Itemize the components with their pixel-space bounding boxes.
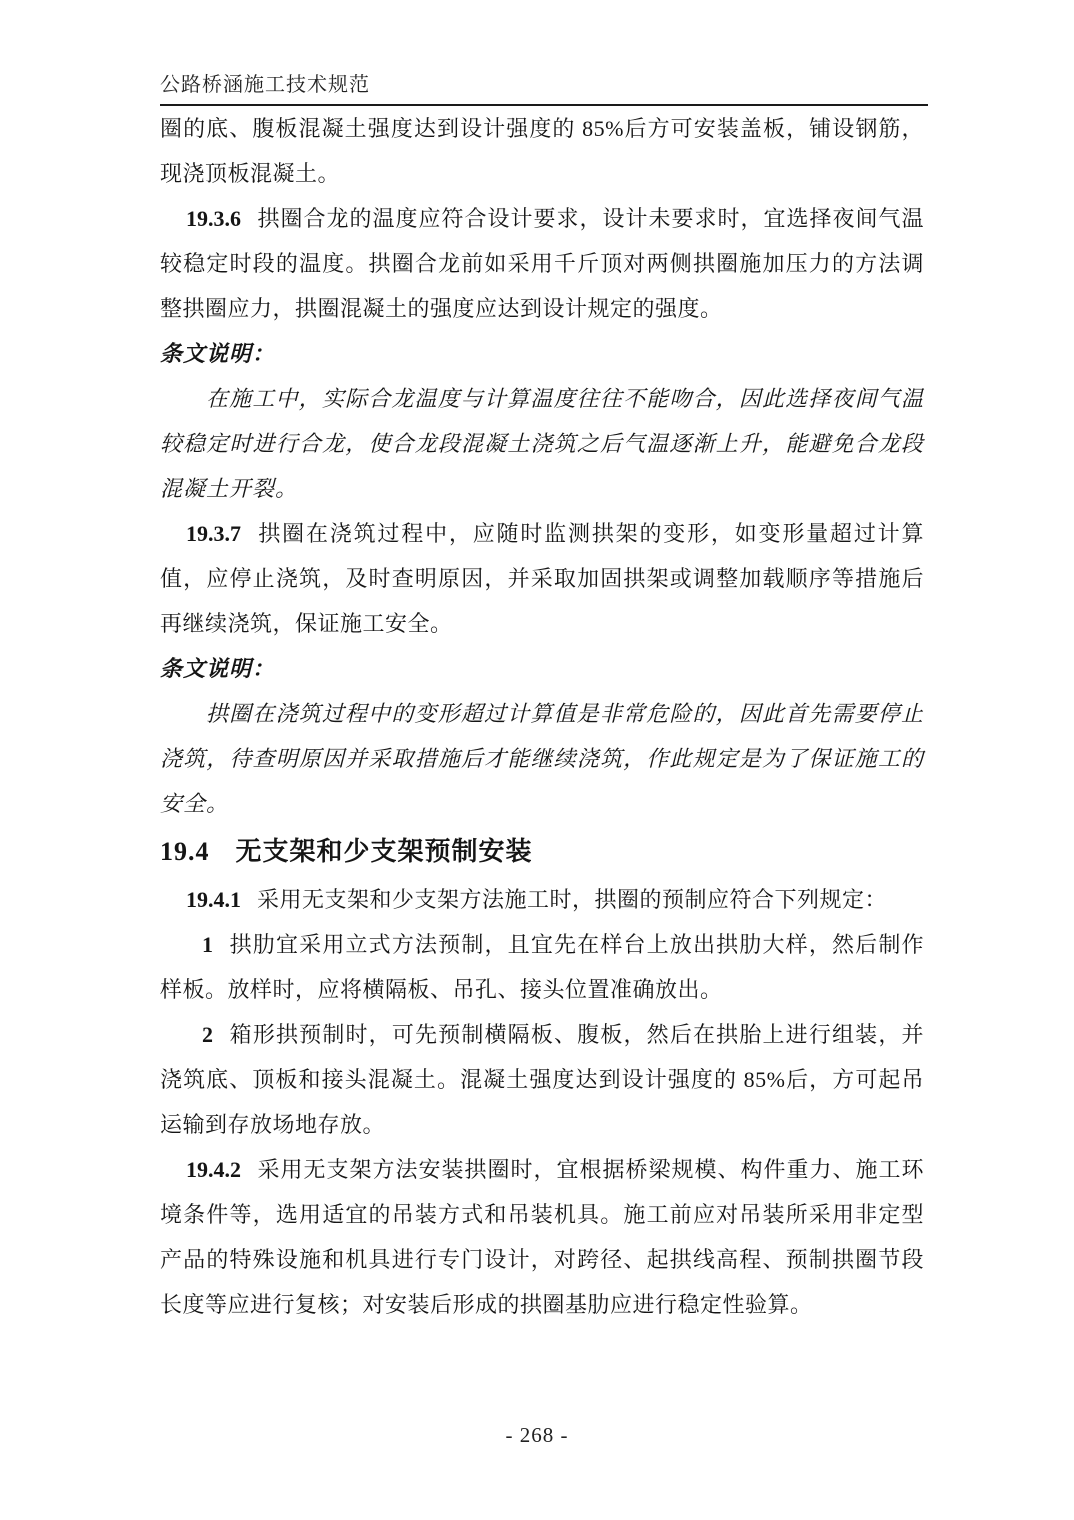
item-text: 箱形拱预制时，可先预制横隔板、腹板，然后在拱胎上进行组装，并浇筑底、顶板和接头混…: [160, 1022, 924, 1137]
clause-text: 拱圈合龙的温度应符合设计要求，设计未要求时，宜选择夜间气温较稳定时段的温度。拱圈…: [160, 206, 924, 321]
document-title: 公路桥涵施工技术规范: [160, 74, 370, 96]
item-number: 2: [202, 1022, 213, 1047]
clause-text: 采用无支架和少支架方法施工时，拱圈的预制应符合下列规定：: [257, 887, 887, 912]
clause-number: 19.4.2: [186, 1157, 241, 1182]
clause-text: 拱圈在浇筑过程中，应随时监测拱架的变形，如变形量超过计算值，应停止浇筑，及时查明…: [160, 521, 924, 636]
page-number: - 268 -: [0, 1423, 1074, 1448]
document-page: 公路桥涵施工技术规范 圈的底、腹板混凝土强度达到设计强度的 85%后方可安装盖板…: [0, 0, 1074, 1520]
commentary-text-2: 拱圈在浇筑过程中的变形超过计算值是非常危险的，因此首先需要停止浇筑，待查明原因并…: [160, 691, 924, 826]
commentary-label-2: 条文说明：: [160, 646, 924, 691]
clause-19-4-1-item-1: 1拱肋宜采用立式方法预制，且宜先在样台上放出拱肋大样，然后制作样板。放样时，应将…: [160, 922, 924, 1012]
section-title: 无支架和少支架预制安装: [236, 836, 533, 866]
item-text: 拱肋宜采用立式方法预制，且宜先在样台上放出拱肋大样，然后制作样板。放样时，应将横…: [160, 932, 924, 1002]
clause-number: 19.3.7: [186, 521, 241, 546]
paragraph-continuation: 圈的底、腹板混凝土强度达到设计强度的 85%后方可安装盖板，铺设钢筋，现浇顶板混…: [160, 106, 924, 196]
page-content: 圈的底、腹板混凝土强度达到设计强度的 85%后方可安装盖板，铺设钢筋，现浇顶板混…: [160, 106, 924, 1327]
running-header: 公路桥涵施工技术规范: [160, 0, 928, 106]
clause-19-3-7: 19.3.7拱圈在浇筑过程中，应随时监测拱架的变形，如变形量超过计算值，应停止浇…: [160, 511, 924, 646]
clause-19-4-1-item-2: 2箱形拱预制时，可先预制横隔板、腹板，然后在拱胎上进行组装，并浇筑底、顶板和接头…: [160, 1012, 924, 1147]
clause-19-3-6: 19.3.6拱圈合龙的温度应符合设计要求，设计未要求时，宜选择夜间气温较稳定时段…: [160, 196, 924, 331]
clause-text: 采用无支架方法安装拱圈时，宜根据桥梁规模、构件重力、施工环境条件等，选用适宜的吊…: [160, 1157, 924, 1317]
section-heading-19-4: 19.4无支架和少支架预制安装: [160, 826, 924, 877]
commentary-label-1: 条文说明：: [160, 331, 924, 376]
clause-19-4-2: 19.4.2采用无支架方法安装拱圈时，宜根据桥梁规模、构件重力、施工环境条件等，…: [160, 1147, 924, 1327]
clause-number: 19.4.1: [186, 887, 241, 912]
section-number: 19.4: [160, 837, 210, 866]
clause-number: 19.3.6: [186, 206, 241, 231]
clause-19-4-1: 19.4.1采用无支架和少支架方法施工时，拱圈的预制应符合下列规定：: [160, 877, 924, 922]
item-number: 1: [202, 932, 213, 957]
commentary-text-1: 在施工中，实际合龙温度与计算温度往往不能吻合，因此选择夜间气温较稳定时进行合龙，…: [160, 376, 924, 511]
